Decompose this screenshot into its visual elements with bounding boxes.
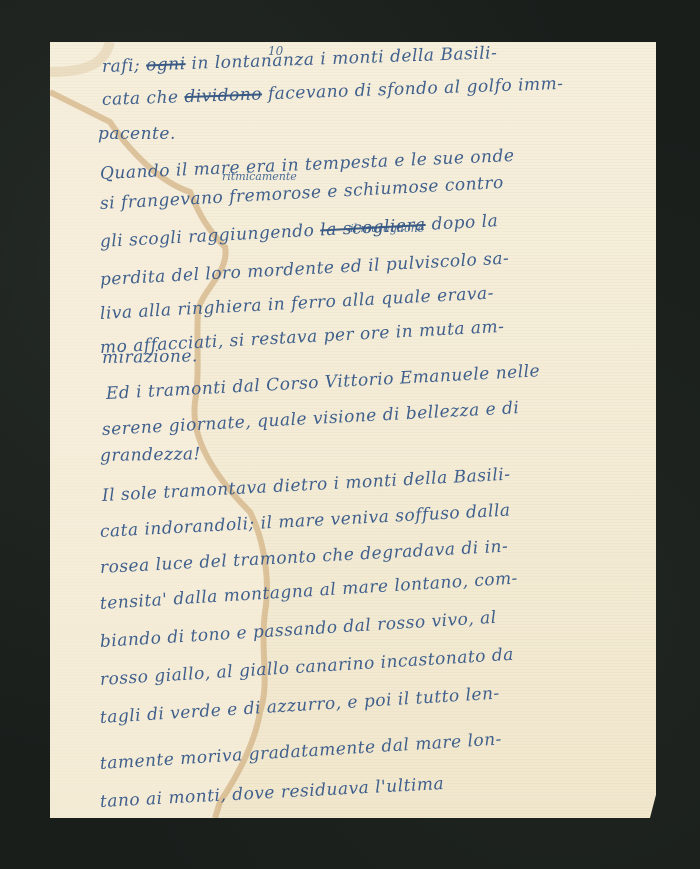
struck-word: dividono	[184, 84, 262, 107]
text-line: mirazione.	[102, 346, 198, 368]
struck-word: ogni	[146, 54, 186, 75]
text-line: pacente.	[98, 124, 176, 144]
text-line: grandezza!	[100, 444, 201, 466]
manuscript-page: 10 ritmicamente il muraglione rafi; ogni…	[50, 42, 656, 818]
